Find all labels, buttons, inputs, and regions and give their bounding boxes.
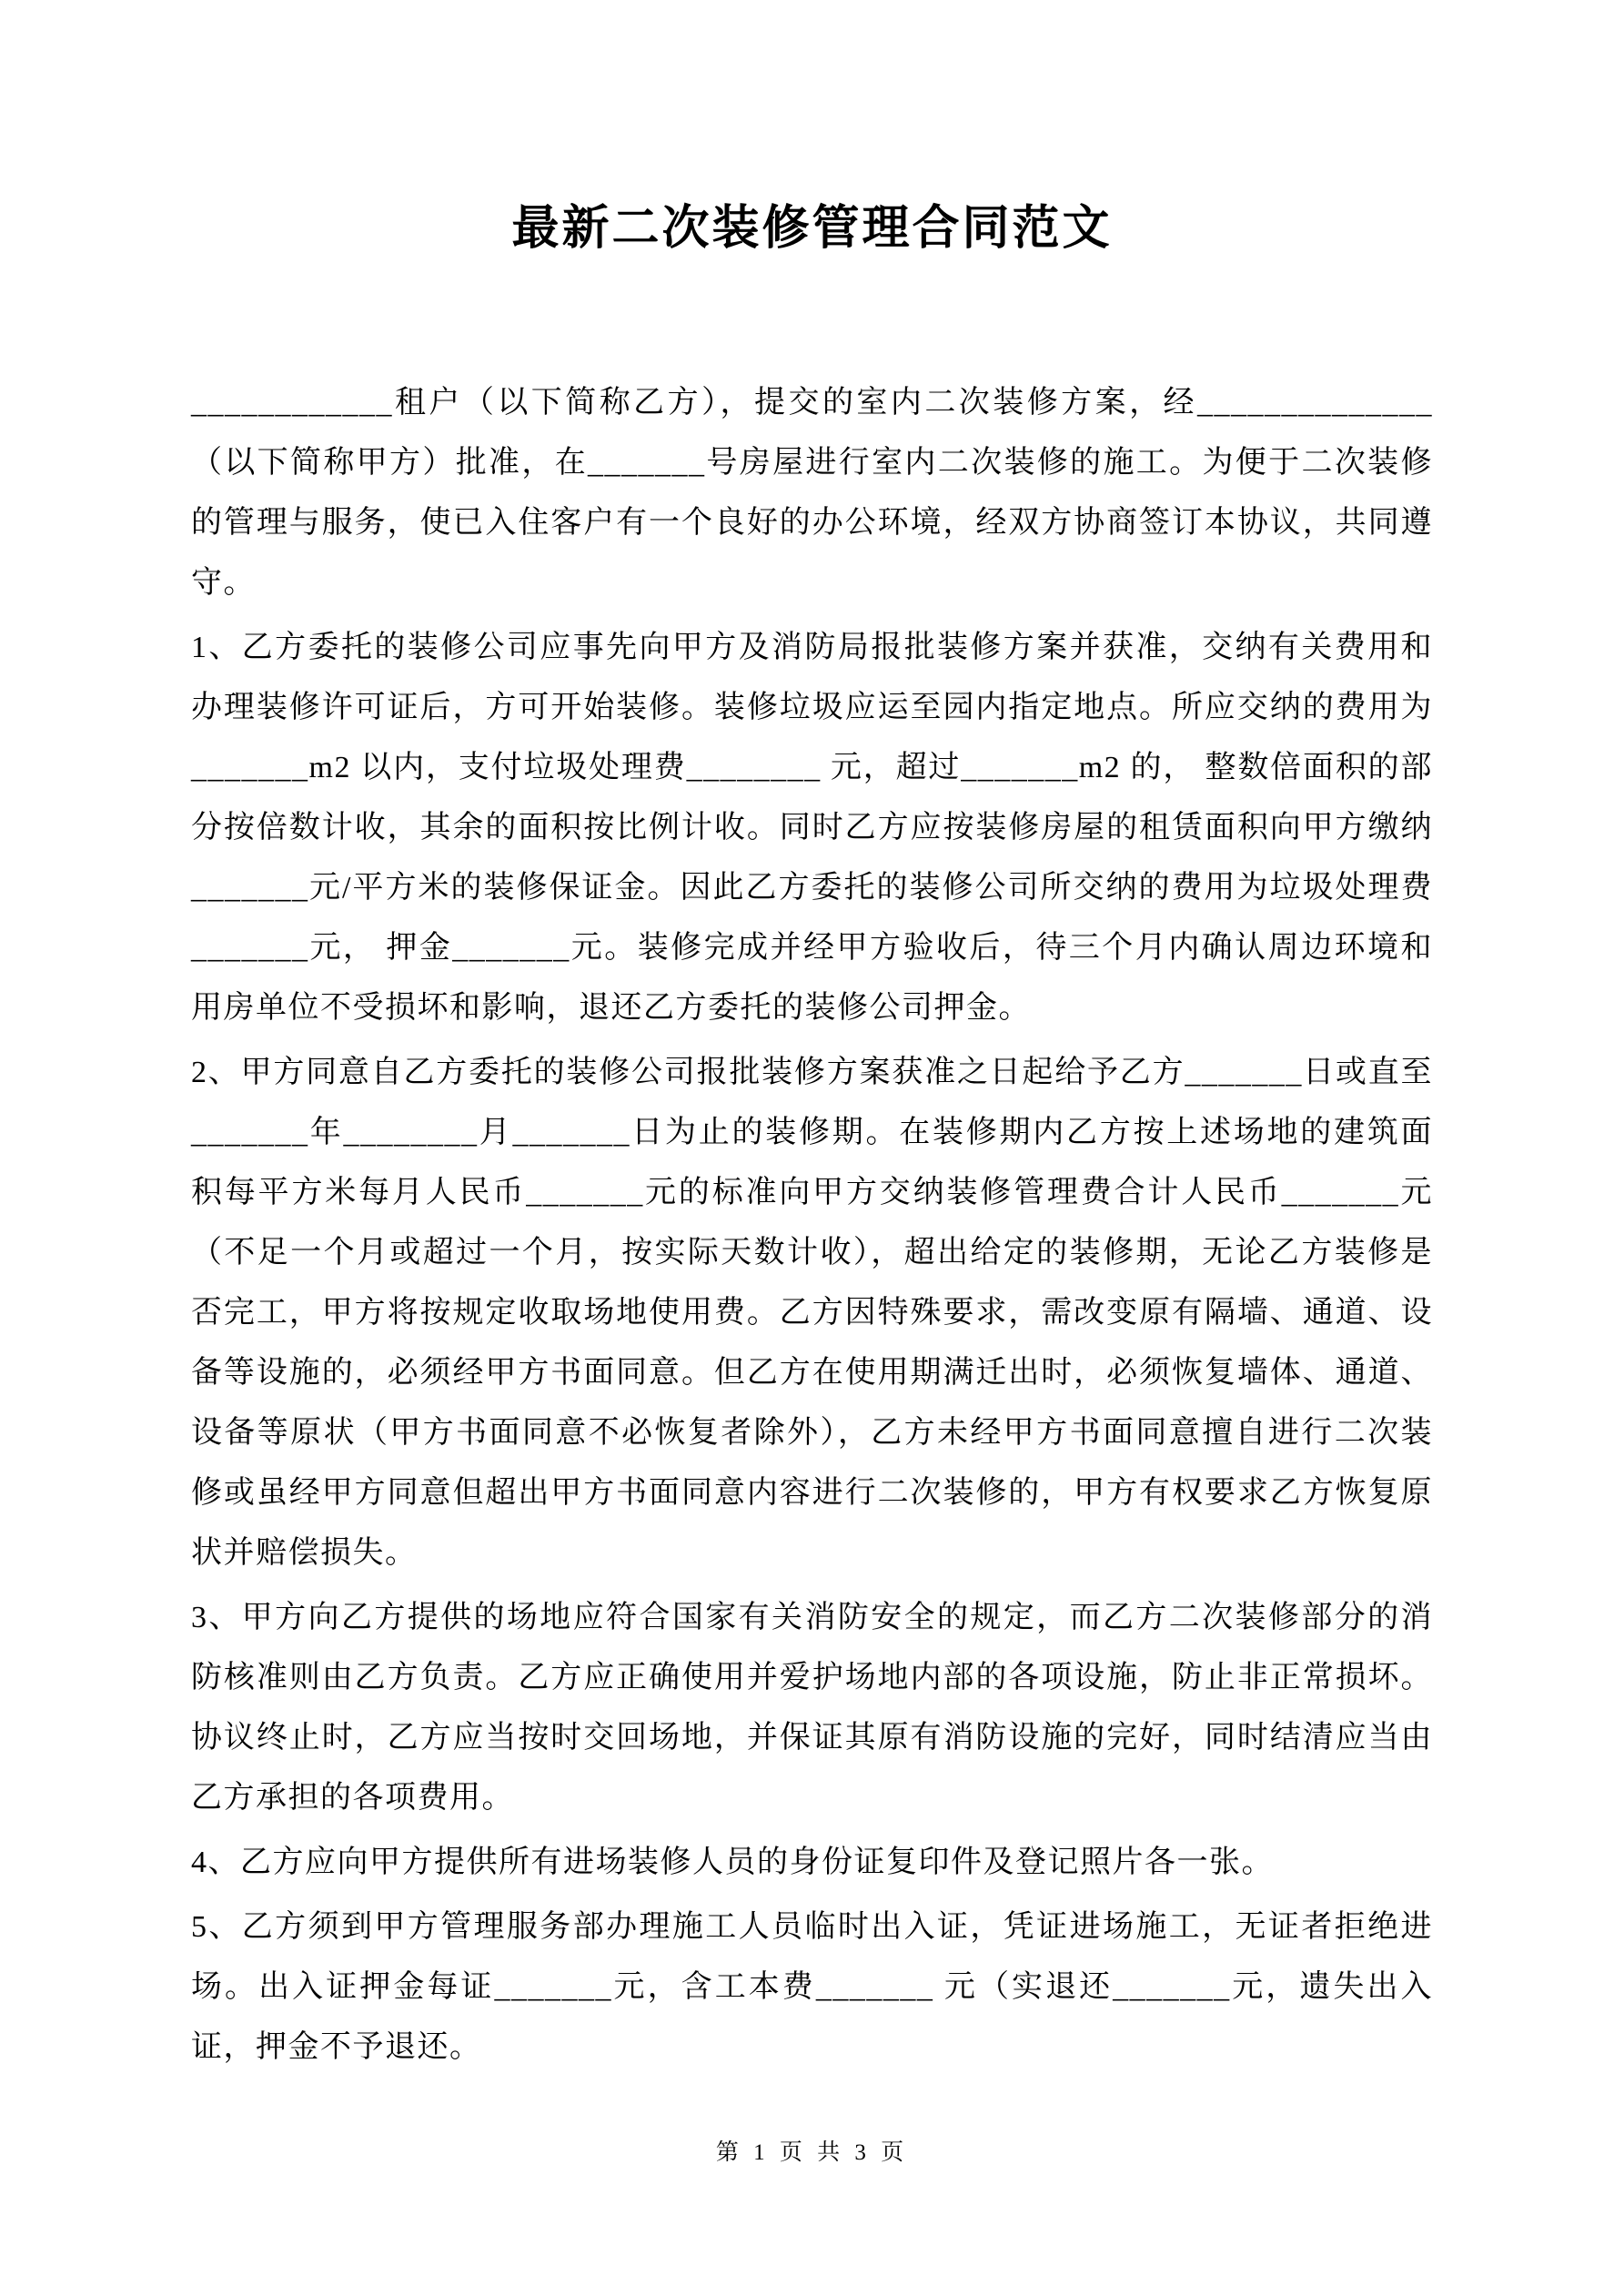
paragraph-clause-3: 3、甲方向乙方提供的场地应符合国家有关消防安全的规定，而乙方二次装修部分的消防核… bbox=[191, 1588, 1433, 1828]
paragraph-clause-5: 5、乙方须到甲方管理服务部办理施工人员临时出入证，凭证进场施工，无证者拒绝进场。… bbox=[191, 1897, 1433, 2078]
paragraph-clause-4: 4、乙方应向甲方提供所有进场装修人员的身份证复印件及登记照片各一张。 bbox=[191, 1833, 1433, 1893]
paragraph-clause-1: 1、乙方委托的装修公司应事先向甲方及消防局报批装修方案并获准，交纳有关费用和办理… bbox=[191, 618, 1433, 1038]
paragraph-clause-2: 2、甲方同意自乙方委托的装修公司报批装修方案获准之日起给予乙方_______日或… bbox=[191, 1043, 1433, 1583]
paragraph-intro: ____________租户（以下简称乙方），提交的室内二次装修方案，经____… bbox=[191, 373, 1433, 613]
contract-document-page: 最新二次装修管理合同范文 ____________租户（以下简称乙方），提交的室… bbox=[0, 0, 1624, 2296]
page-number-footer: 第 1 页 共 3 页 bbox=[0, 2135, 1624, 2171]
document-body: ____________租户（以下简称乙方），提交的室内二次装修方案，经____… bbox=[191, 373, 1433, 2078]
document-title: 最新二次装修管理合同范文 bbox=[0, 0, 1624, 257]
